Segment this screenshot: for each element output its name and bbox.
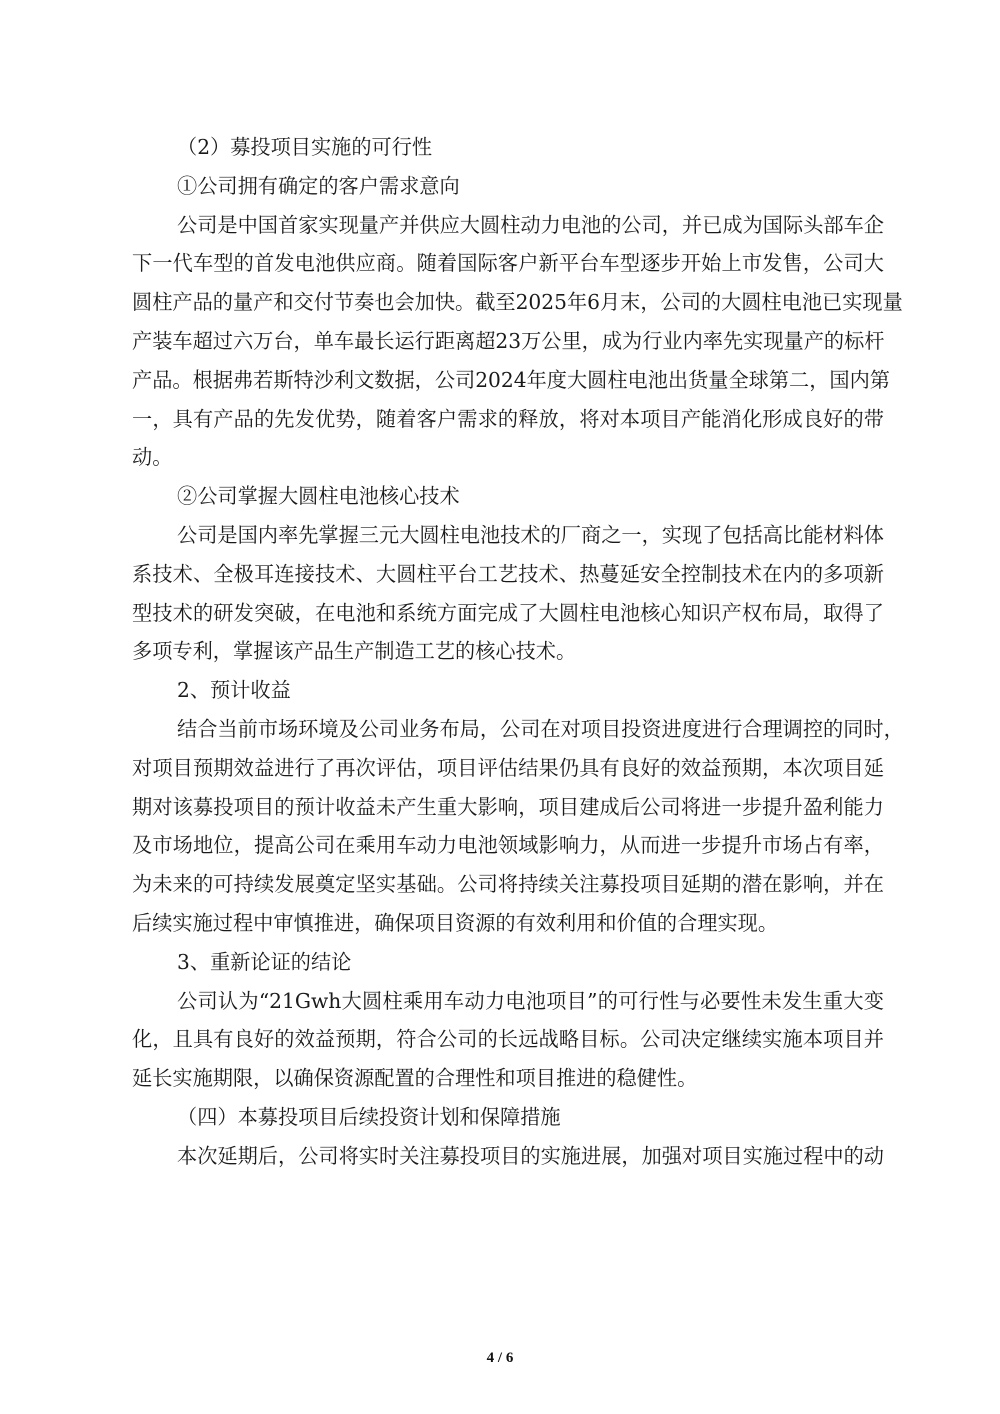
paragraph-line: 及市场地位，提高公司在乘用车动力电池领域影响力，从而进一步提升市场占有率， — [132, 826, 884, 865]
paragraph-line: 对项目预期效益进行了再次评估，项目评估结果仍具有良好的效益预期，本次项目延 — [132, 749, 884, 788]
paragraph-line: 产品。根据弗若斯特沙利文数据，公司2024年度大圆柱电池出货量全球第二，国内第 — [132, 361, 884, 400]
section-heading-feasibility: （2）募投项目实施的可行性 — [132, 128, 884, 167]
paragraph-line: 产装车超过六万台，单车最长运行距离超23万公里，成为行业内率先实现量产的标杆 — [132, 322, 884, 361]
paragraph-line: 系技术、全极耳连接技术、大圆柱平台工艺技术、热蔓延安全控制技术在内的多项新 — [132, 555, 884, 594]
paragraph-line: 公司是中国首家实现量产并供应大圆柱动力电池的公司，并已成为国际头部车企 — [132, 206, 884, 245]
paragraph-line: 延长实施期限，以确保资源配置的合理性和项目推进的稳健性。 — [132, 1059, 884, 1098]
body-text: （2）募投项目实施的可行性 ①公司拥有确定的客户需求意向 公司是中国首家实现量产… — [132, 128, 884, 1176]
paragraph-line: 为未来的可持续发展奠定坚实基础。公司将持续关注募投项目延期的潜在影响，并在 — [132, 865, 884, 904]
section-heading-conclusion: 3、重新论证的结论 — [132, 943, 884, 982]
paragraph-line: 公司是国内率先掌握三元大圆柱电池技术的厂商之一，实现了包括高比能材料体 — [132, 516, 884, 555]
page-number: 4 / 6 — [0, 1350, 1000, 1367]
paragraph-line: 公司认为“21Gwh大圆柱乘用车动力电池项目”的可行性与必要性未发生重大变 — [132, 982, 884, 1021]
paragraph-line: 一，具有产品的先发优势，随着客户需求的释放，将对本项目产能消化形成良好的带 — [132, 400, 884, 439]
paragraph-line: 后续实施过程中审慎推进，确保项目资源的有效利用和价值的合理实现。 — [132, 904, 884, 943]
paragraph-line: 多项专利，掌握该产品生产制造工艺的核心技术。 — [132, 632, 884, 671]
paragraph-line: 下一代车型的首发电池供应商。随着国际客户新平台车型逐步开始上市发售，公司大 — [132, 244, 884, 283]
paragraph-line: 结合当前市场环境及公司业务布局，公司在对项目投资进度进行合理调控的同时， — [132, 710, 884, 749]
paragraph-line: 动。 — [132, 438, 884, 477]
paragraph-line: 型技术的研发突破，在电池和系统方面完成了大圆柱电池核心知识产权布局，取得了 — [132, 594, 884, 633]
document-page: （2）募投项目实施的可行性 ①公司拥有确定的客户需求意向 公司是中国首家实现量产… — [0, 0, 1000, 1414]
subheading-core-technology: ②公司掌握大圆柱电池核心技术 — [132, 477, 884, 516]
paragraph-line: 化，且具有良好的效益预期，符合公司的长远战略目标。公司决定继续实施本项目并 — [132, 1020, 884, 1059]
paragraph-line: 期对该募投项目的预计收益未产生重大影响，项目建成后公司将进一步提升盈利能力 — [132, 788, 884, 827]
paragraph-line: 本次延期后，公司将实时关注募投项目的实施进展，加强对项目实施过程中的动 — [132, 1137, 884, 1176]
subheading-customer-demand: ①公司拥有确定的客户需求意向 — [132, 167, 884, 206]
paragraph-line: 圆柱产品的量产和交付节奏也会加快。截至2025年6月末，公司的大圆柱电池已实现量 — [132, 283, 884, 322]
section-heading-expected-returns: 2、预计收益 — [132, 671, 884, 710]
section-heading-investment-plan: （四）本募投项目后续投资计划和保障措施 — [132, 1098, 884, 1137]
